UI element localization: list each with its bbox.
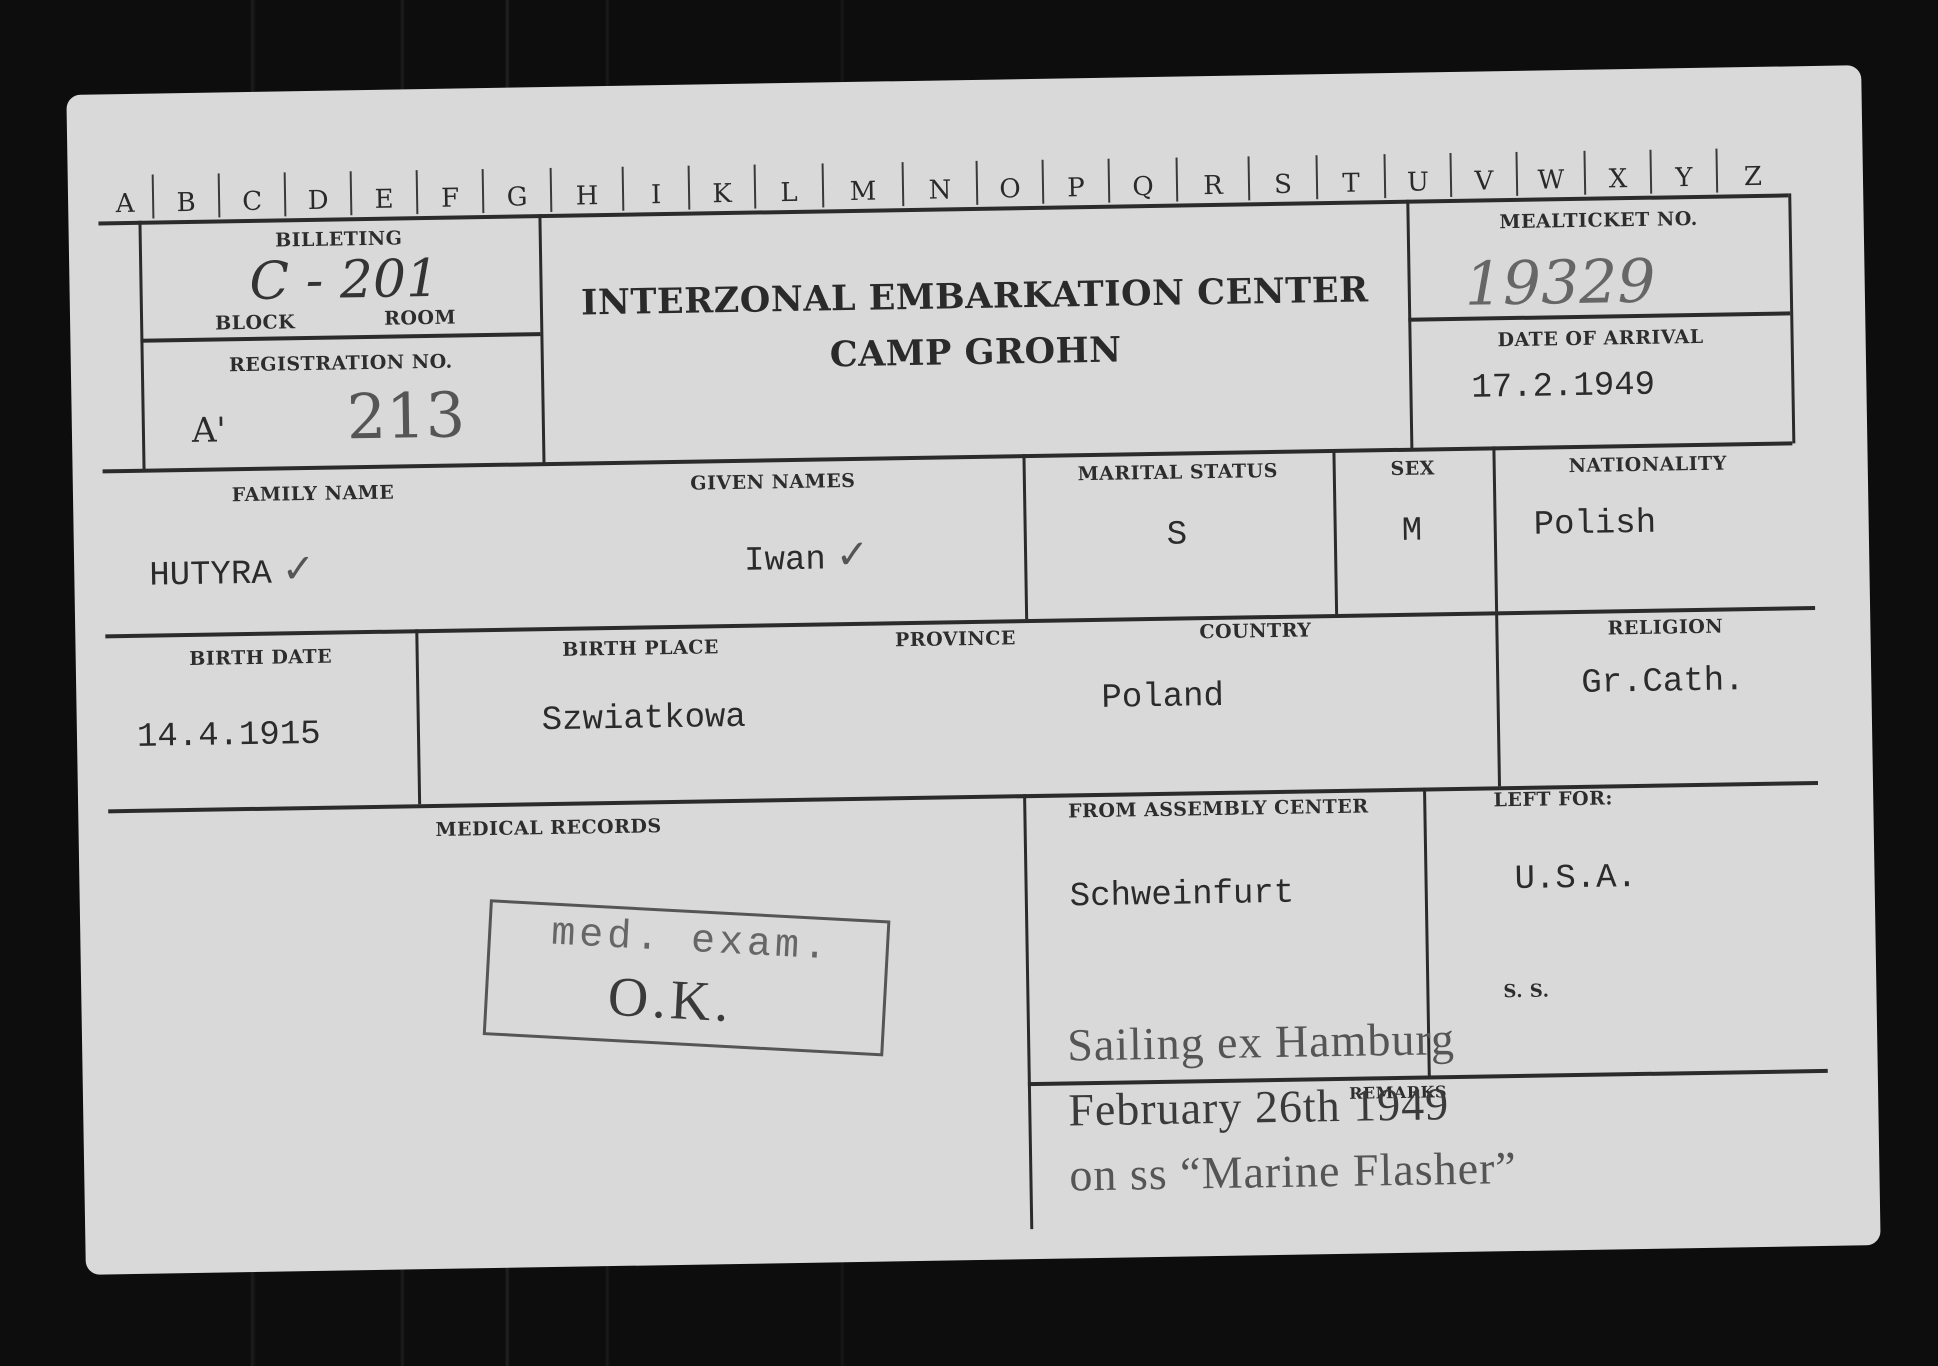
billeting-label: BILLETING [275, 227, 403, 251]
index-tab: P [1043, 153, 1108, 206]
sailing-line-1: Sailing ex Hamburg [1067, 1012, 1455, 1071]
index-tab: F [418, 163, 483, 216]
family-name-field: HUTYRA✓ [149, 546, 316, 596]
sex-label: SEX [1390, 457, 1435, 480]
index-tab: W [1517, 145, 1584, 198]
marital-status-label: MARITAL STATUS [1077, 460, 1278, 485]
index-tab: L [755, 157, 822, 210]
index-tab: N [903, 155, 976, 208]
divider [1495, 611, 1501, 786]
index-tab: V [1451, 146, 1516, 199]
registration-label: REGISTRATION NO. [229, 351, 453, 377]
mealticket-label: MEALTICKET NO. [1499, 208, 1698, 233]
index-tab: S [1249, 149, 1316, 202]
index-tab: Z [1717, 141, 1788, 194]
left-for-label: LEFT FOR: [1493, 787, 1613, 811]
block-label: BLOCK [215, 311, 295, 334]
index-tab: O [977, 154, 1042, 207]
registration-card: A B C D E F G H I K L M N O P Q R S T [66, 65, 1880, 1275]
camp-title: CAMP GROHN [830, 330, 1122, 376]
medical-records-label: MEDICAL RECORDS [435, 815, 661, 841]
religion-value: Gr.Cath. [1581, 662, 1745, 703]
index-tab: Q [1109, 152, 1176, 205]
ss-label: S. S. [1503, 980, 1549, 1002]
nationality-label: NATIONALITY [1568, 452, 1727, 477]
index-tab: T [1317, 148, 1384, 201]
country-label: COUNTRY [1199, 619, 1311, 643]
divider [538, 214, 545, 464]
assembly-center-value: Schweinfurt [1069, 875, 1294, 917]
index-tab: D [286, 165, 351, 218]
given-names-value: Iwan [744, 541, 826, 580]
country-value: Poland [1101, 678, 1224, 718]
stamp-line-2: O.K. [606, 965, 734, 1036]
index-tab: R [1177, 150, 1248, 203]
divider [415, 629, 421, 804]
divider [1332, 449, 1338, 614]
index-tab: X [1585, 144, 1650, 197]
sailing-line-2: February 26th 1949 [1068, 1077, 1450, 1136]
check-mark-icon: ✓ [281, 546, 315, 593]
divider [140, 332, 540, 343]
center-title: INTERZONAL EMBARKATION CENTER [581, 269, 1369, 323]
assembly-center-label: FROM ASSEMBLY CENTER [1068, 795, 1369, 822]
left-for-value: U.S.A. [1514, 859, 1637, 899]
sailing-line-3: on ss “Marine Flasher” [1069, 1141, 1517, 1201]
index-tab: G [484, 162, 551, 215]
index-tab: E [352, 164, 417, 217]
birth-date-value: 14.4.1915 [137, 716, 321, 757]
index-tab: B [154, 167, 219, 220]
med-exam-stamp: med. exam. O.K. [483, 899, 891, 1056]
divider [138, 221, 145, 471]
index-tab: M [823, 156, 902, 209]
given-names-field: Iwan✓ [744, 532, 870, 581]
divider [1788, 193, 1795, 443]
divider [1022, 454, 1028, 619]
index-tab: I [624, 160, 689, 213]
family-name-label: FAMILY NAME [232, 482, 395, 507]
arrival-label: DATE OF ARRIVAL [1497, 326, 1703, 351]
family-name-value: HUTYRA [149, 556, 272, 596]
index-tab: U [1385, 147, 1450, 200]
index-tab: C [220, 166, 285, 219]
index-tab: K [689, 159, 754, 212]
birth-place-value: Szwiatkowa [541, 699, 746, 740]
check-mark-icon: ✓ [835, 532, 869, 579]
divider [1406, 200, 1413, 450]
religion-label: RELIGION [1607, 616, 1723, 640]
registration-prefix: A' [192, 410, 227, 451]
arrival-date: 17.2.1949 [1471, 367, 1655, 408]
index-tab: A [98, 169, 153, 222]
registration-value: 213 [346, 378, 466, 453]
room-label: ROOM [384, 307, 456, 330]
province-label: PROVINCE [895, 627, 1016, 651]
mealticket-value: 19329 [1464, 247, 1656, 320]
sex-value: M [1401, 513, 1422, 551]
birth-place-label: BIRTH PLACE [562, 636, 719, 661]
billeting-value: C - 201 [249, 249, 440, 312]
divider [1023, 794, 1033, 1229]
birth-date-label: BIRTH DATE [189, 646, 332, 670]
index-tab: Y [1651, 143, 1716, 196]
marital-status-value: S [1166, 516, 1187, 554]
nationality-value: Polish [1533, 505, 1656, 545]
stamp-line-1: med. exam. [550, 912, 832, 972]
index-tab: H [552, 161, 623, 214]
divider [1492, 446, 1498, 611]
given-names-label: GIVEN NAMES [690, 470, 856, 495]
